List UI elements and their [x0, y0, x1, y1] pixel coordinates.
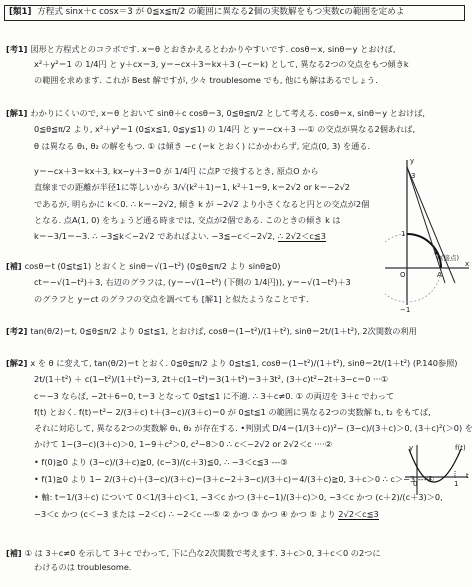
- solution1-line-4: y＝−cx＋3＝kx＋3, kx−y＋3＝0 が 1/4円 に点P で接するとき…: [34, 166, 414, 176]
- hint2-line: tan(θ/2)＝t, 0≦θ≦π/2 より 0≦t≦1, とおけば, cosθ…: [30, 326, 416, 336]
- graph2-y-label: y: [409, 444, 413, 453]
- graph1-point-a: A: [437, 271, 442, 280]
- graph2-tick-1: 1: [454, 480, 458, 489]
- handwritten-math-page: [類1] 方程式 sinx＋c cosx＝3 が 0≦x≦π/2 の範囲に異なる…: [0, 0, 472, 587]
- supplement1-line-3: のグラフと y＝ct のグラフの交点を調べても [解1] と似たようなことです.: [6, 294, 406, 304]
- problem-statement-box: [類1] 方程式 sinx＋c cosx＝3 が 0≦x≦π/2 の範囲に異なる…: [4, 5, 465, 21]
- graph1-point-p: P(接点): [437, 254, 459, 262]
- solution1-section: [解1]わかりにくいので, x＝θ とおいて sinθ＋c cosθ＝3, 0≦…: [6, 108, 468, 151]
- solution1-continued: y＝−cx＋3＝kx＋3, kx−y＋3＝0 が 1/4円 に点P で接するとき…: [34, 166, 414, 241]
- graph1-x-label: x: [465, 260, 469, 269]
- hint1-line-3: の範囲を求めます. これが Best 解ですが, 少々 troublesome …: [6, 75, 468, 85]
- solution2-line-5: それに対応して, 異なる2つの実数解 θ₁, θ₂ が存在する. •判別式 D/…: [6, 423, 468, 433]
- solution2-line-10: −3＜c かつ (c＜−3 または −2＜c) ∴ −2＜c ---⑤ ② かつ…: [34, 509, 336, 519]
- graph1-tick-3: 3: [411, 172, 415, 181]
- solution1-line-3: θ は異なる θ₁, θ₂ の解をもつ. ① は傾き −c (＝k とおく) に…: [6, 141, 468, 151]
- solution2-line-6: かけて 1−(3−c)(3＋c)＞0, 1−9＋c²＞0, c²−8＞0 ∴ c…: [6, 439, 468, 449]
- hint1-section: [考1]図形と方程式とのコラボです. x＝θ とおきかえるとわかりやすいです. …: [6, 44, 468, 85]
- solution2-label: [解2]: [6, 358, 27, 368]
- solution1-answer: ∴ 2√2＜c≦3: [278, 231, 326, 242]
- hint1-line-2: x²＋y²＝1 の 1/4円 と y＋cx＝3, y＝−cx＋3＝kx＋3 (−…: [6, 59, 468, 69]
- graph1-tick-neg1: −1: [400, 306, 410, 315]
- supplement1-label: [補]: [6, 261, 22, 271]
- graph2-x-label: t: [466, 472, 469, 481]
- solution2-line-3: c＝−3 ならば, −2t＋6＝0, t＝3 となって 0≦t≦1 に不適. ∴…: [6, 391, 468, 401]
- hint2-label: [考2]: [6, 326, 27, 336]
- supplement2-section: [補]① は 3＋c≠0 を示して 3＋c でわって, 下に凸な2次関数で考えま…: [6, 548, 468, 573]
- solution1-line-5: 直線までの距離が半径1に等しいから 3/√(k²＋1)＝1, k²＋1＝9, k…: [34, 182, 414, 192]
- graph1-tick-1: 1: [401, 230, 405, 239]
- graph2-origin: 0: [413, 480, 417, 489]
- solution1-line-1: わかりにくいので, x＝θ とおいて sinθ＋c cosθ＝3, 0≦θ≦π/…: [30, 108, 425, 118]
- solution2-line-4: f(t) とおく. f(t)＝t²− 2/(3＋c) t＋(3−c)/(3＋c)…: [6, 407, 468, 417]
- solution1-line-8: k＝−3/1＝−3. ∴ −3≦k＜−2√2 であればよい. −3≦−c＜−2√…: [34, 231, 275, 241]
- supplement2-label: [補]: [6, 548, 22, 558]
- hint1-line-1: 図形と方程式とのコラボです. x＝θ とおきかえるとわかりやすいです. cosθ…: [30, 44, 395, 54]
- hint2-section: [考2]tan(θ/2)＝t, 0≦θ≦π/2 より 0≦t≦1, とおけば, …: [6, 326, 446, 336]
- solution2-section: [解2]x を θ に変えて, tan(θ/2)＝t とおく. 0≦θ≦π/2 …: [6, 358, 468, 520]
- graph2-curve-label: f(t): [455, 444, 466, 453]
- supplement1-section: [補]cosθ＝t (0≦t≦1) とおくと sinθ＝√(1−t²) (0≦θ…: [6, 261, 406, 304]
- graph1-y-label: y: [410, 157, 414, 166]
- problem-label: [類1]: [9, 7, 31, 17]
- hint1-label: [考1]: [6, 44, 27, 54]
- solution2-line-2: 2t/(1＋t²) ＋ c(1−t²)/(1＋t²)＝3, 2t＋c(1−t²)…: [6, 374, 468, 384]
- supplement2-line-1: ① は 3＋c≠0 を示して 3＋c でわって, 下に凸な2次関数で考えます. …: [25, 548, 381, 558]
- solution1-line-6: であるが, 明らかに k＜0. ∴ k＝−2√2, 傾き k が −2√2 より…: [34, 199, 414, 209]
- solution1-label: [解1]: [6, 108, 27, 118]
- supplement1-line-2: ct＝−√(1−t²)＋3, 右辺のグラフは, (y＝−√(1−t²) (下側の…: [6, 277, 406, 287]
- solution2-line-9: • 軸: t＝1/(3＋c) について 0＜1/(3＋c)＜1, −3＜c かつ…: [6, 492, 468, 502]
- supplement1-line-1: cosθ＝t (0≦t≦1) とおくと sinθ＝√(1−t²) (0≦θ≦π/…: [25, 261, 281, 271]
- solution2-line-8: • f(1)≧0 より 1− 2/(3＋c)＋(3−c)/(3＋c)＝(3＋c−…: [6, 474, 468, 484]
- solution1-line-2: 0≦θ≦π/2 より, x²＋y²＝1 (0≦x≦1, 0≦y≦1) の 1/4…: [6, 124, 468, 134]
- problem-text: 方程式 sinx＋c cosx＝3 が 0≦x≦π/2 の範囲に異なる2個の実数…: [37, 7, 404, 17]
- solution2-line-7: • f(0)≧0 より (3−c)/(3＋c)≧0, (c−3)/(c＋3)≦0…: [6, 457, 468, 467]
- supplement2-line-2: わけるのは troublesome.: [6, 562, 468, 572]
- solution2-answer: 2√2＜c≦3: [338, 509, 378, 520]
- solution1-line-7: となる. 点A(1, 0) をちょうど通る時までは, 交点が2個である. このと…: [34, 215, 414, 225]
- solution2-line-1: x を θ に変えて, tan(θ/2)＝t とおく. 0≦θ≦π/2 より 0…: [30, 358, 457, 368]
